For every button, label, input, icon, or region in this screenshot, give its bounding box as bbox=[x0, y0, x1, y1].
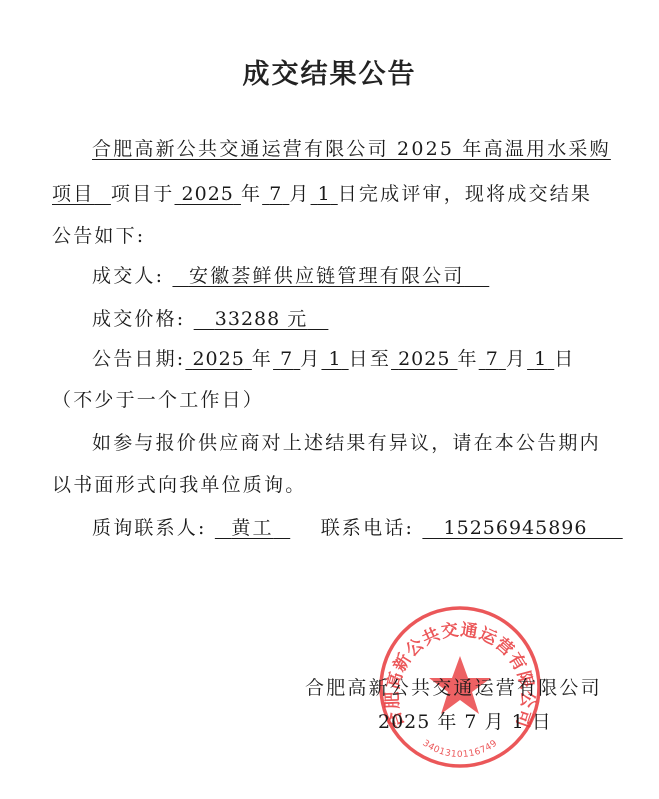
winner-row: 成交人: 安徽荟鲜供应链管理有限公司 bbox=[92, 263, 489, 289]
winner-label: 成交人: bbox=[92, 265, 164, 287]
review-month: 7 bbox=[262, 183, 289, 205]
end-month: 7 bbox=[479, 348, 506, 370]
period-note: （不少于一个工作日） bbox=[52, 387, 264, 413]
contact-row: 质询联系人: 黄工 联系电话: 15256945896 bbox=[92, 515, 623, 541]
contact-person-label: 质询联系人: bbox=[92, 517, 207, 539]
static-text: 项目于 bbox=[111, 183, 175, 205]
review-day: 1 bbox=[311, 183, 338, 205]
end-year: 2025 bbox=[391, 348, 457, 370]
contact-person-value: 黄工 bbox=[215, 517, 290, 539]
static-text: 年 bbox=[241, 183, 262, 205]
start-day: 1 bbox=[321, 348, 348, 370]
project-name-tail: 项目 bbox=[52, 183, 111, 205]
static-text: 日完成评审，现将成交结果 bbox=[338, 183, 592, 205]
review-year: 2025 bbox=[175, 183, 241, 205]
project-name: 合肥高新公共交通运营有限公司 2025 年高温用水采购 bbox=[92, 138, 611, 160]
price-row: 成交价格: 33288 元 bbox=[92, 306, 328, 332]
static-text: 月 bbox=[289, 183, 310, 205]
winner-value: 安徽荟鲜供应链管理有限公司 bbox=[172, 265, 489, 287]
intro-line-2: 项目 项目于 2025 年 7 月 1 日完成评审，现将成交结果 bbox=[52, 181, 592, 207]
objection-line-2: 以书面形式向我单位质询。 bbox=[52, 472, 306, 498]
intro-line-1: 合肥高新公共交通运营有限公司 2025 年高温用水采购 bbox=[92, 136, 611, 162]
start-month: 7 bbox=[273, 348, 300, 370]
objection-line-1: 如参与报价供应商对上述结果有异议，请在本公告期内 bbox=[92, 430, 601, 456]
price-value: 33288 元 bbox=[194, 308, 329, 330]
signature-date: 2025 年 7 月 1 日 bbox=[378, 707, 552, 734]
start-year: 2025 bbox=[185, 348, 251, 370]
period-row: 公告日期: 2025 年 7 月 1 日至 2025 年 7 月 1 日 bbox=[92, 346, 575, 372]
page-title: 成交结果公告 bbox=[0, 52, 659, 91]
end-day: 1 bbox=[527, 348, 554, 370]
contact-phone-label: 联系电话: bbox=[321, 517, 414, 539]
signature-company: 合肥高新公共交通运营有限公司 bbox=[305, 673, 602, 700]
period-label: 公告日期: bbox=[92, 348, 185, 370]
contact-phone-value: 15256945896 bbox=[422, 517, 622, 539]
intro-line-3: 公告如下: bbox=[52, 223, 145, 249]
price-label: 成交价格: bbox=[92, 308, 185, 330]
svg-text:3401310116749: 3401310116749 bbox=[420, 738, 499, 760]
